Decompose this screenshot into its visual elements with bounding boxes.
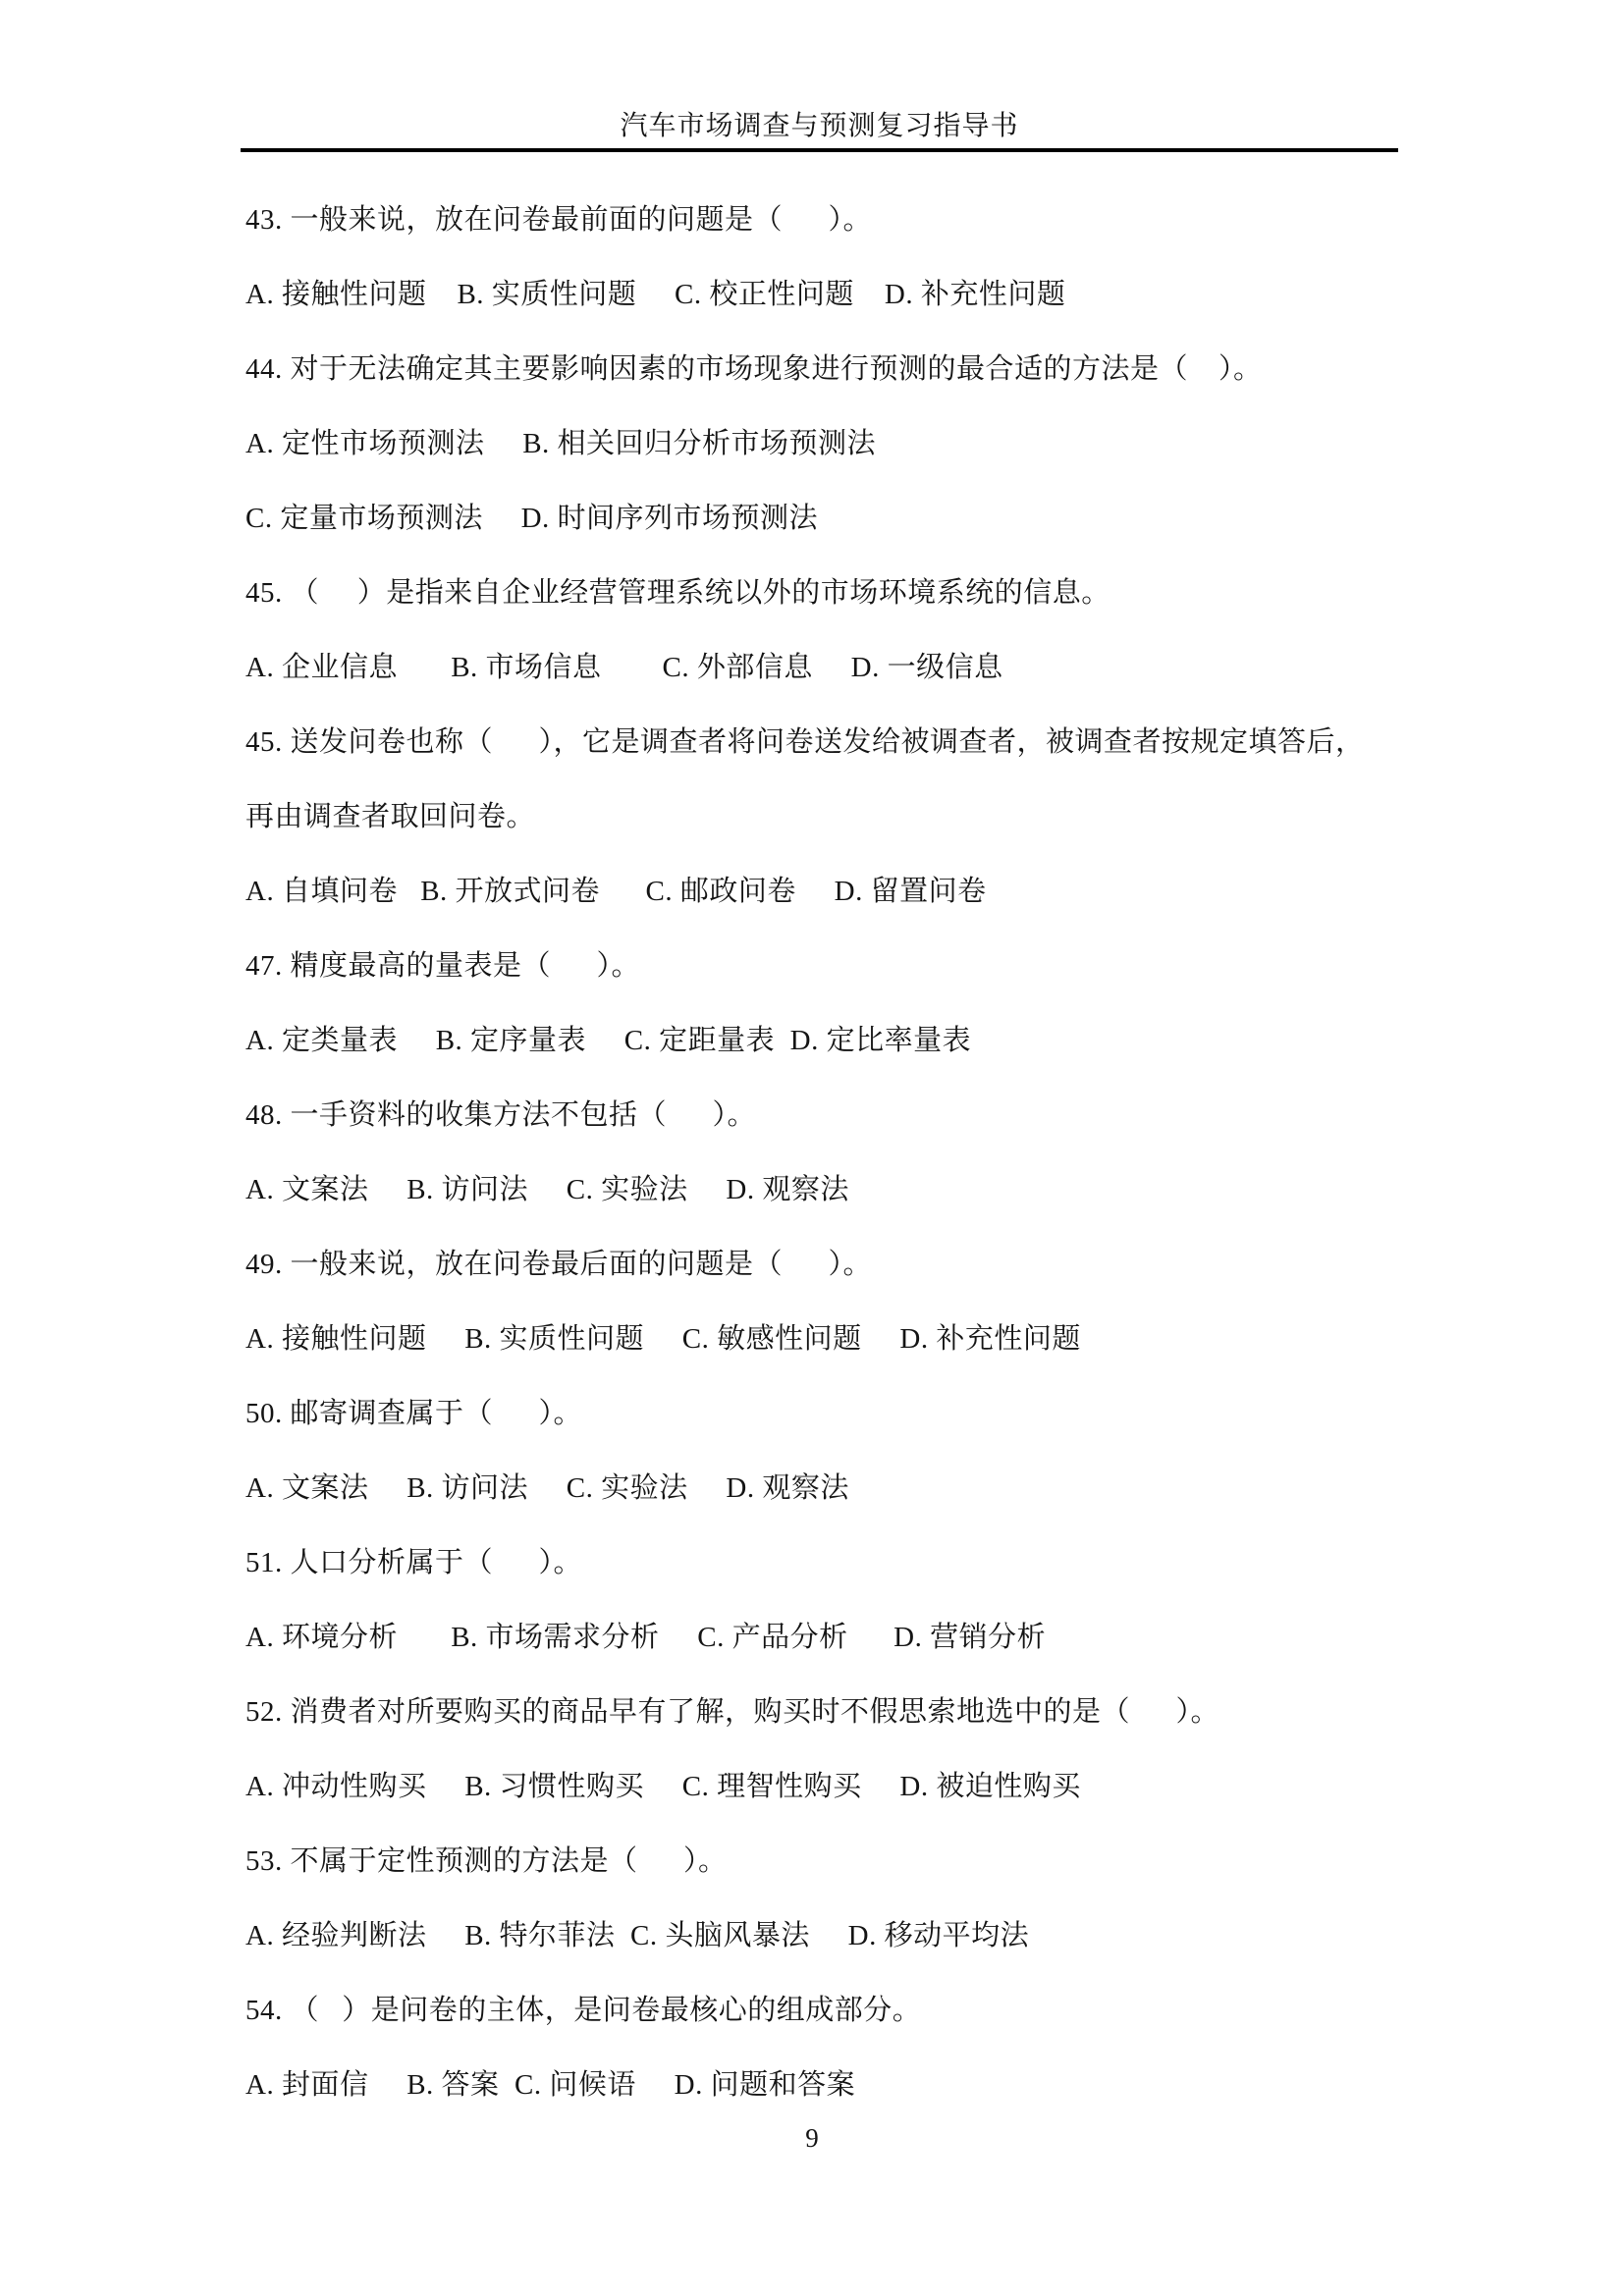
- options-47: A. 定类量表 B. 定序量表 C. 定距量表 D. 定比率量表: [245, 1003, 1414, 1078]
- options-49: A. 接触性问题 B. 实质性问题 C. 敏感性问题 D. 补充性问题: [245, 1302, 1414, 1376]
- question-54: 54. （ ）是问卷的主体，是问卷最核心的组成部分。: [245, 1973, 1414, 2048]
- question-51: 51. 人口分析属于（ ）。: [245, 1525, 1414, 1600]
- question-44: 44. 对于无法确定其主要影响因素的市场现象进行预测的最合适的方法是（ ）。: [245, 332, 1414, 406]
- options-51: A. 环境分析 B. 市场需求分析 C. 产品分析 D. 营销分析: [245, 1600, 1414, 1675]
- question-52: 52. 消费者对所要购买的商品早有了解，购买时不假思索地选中的是（ ）。: [245, 1675, 1414, 1749]
- page-header-title: 汽车市场调查与预测复习指导书: [241, 110, 1398, 143]
- question-50: 50. 邮寄调查属于（ ）。: [245, 1376, 1414, 1451]
- options-45: A. 企业信息 B. 市场信息 C. 外部信息 D. 一级信息: [245, 630, 1414, 705]
- question-45b: 45. 送发问卷也称（ ），它是调查者将问卷送发给被调查者，被调查者按规定填答后…: [245, 705, 1414, 779]
- options-53: A. 经验判断法 B. 特尔菲法 C. 头脑风暴法 D. 移动平均法: [245, 1898, 1414, 1973]
- options-44-ab: A. 定性市场预测法 B. 相关回归分析市场预测法: [245, 406, 1414, 481]
- question-48: 48. 一手资料的收集方法不包括（ ）。: [245, 1078, 1414, 1152]
- question-45b-continuation: 再由调查者取回问卷。: [245, 779, 1414, 854]
- options-44-cd: C. 定量市场预测法 D. 时间序列市场预测法: [245, 481, 1414, 556]
- question-list: 43. 一般来说，放在问卷最前面的问题是（ ）。 A. 接触性问题 B. 实质性…: [245, 183, 1414, 2122]
- options-50: A. 文案法 B. 访问法 C. 实验法 D. 观察法: [245, 1451, 1414, 1525]
- options-45b: A. 自填问卷 B. 开放式问卷 C. 邮政问卷 D. 留置问卷: [245, 854, 1414, 929]
- options-48: A. 文案法 B. 访问法 C. 实验法 D. 观察法: [245, 1152, 1414, 1227]
- options-43: A. 接触性问题 B. 实质性问题 C. 校正性问题 D. 补充性问题: [245, 257, 1414, 332]
- question-47: 47. 精度最高的量表是（ ）。: [245, 929, 1414, 1003]
- question-53: 53. 不属于定性预测的方法是（ ）。: [245, 1824, 1414, 1898]
- question-43: 43. 一般来说，放在问卷最前面的问题是（ ）。: [245, 183, 1414, 257]
- options-52: A. 冲动性购买 B. 习惯性购买 C. 理智性购买 D. 被迫性购买: [245, 1749, 1414, 1824]
- header-rule: [241, 148, 1398, 152]
- page-number: 9: [0, 2123, 1624, 2154]
- document-page: 汽车市场调查与预测复习指导书 43. 一般来说，放在问卷最前面的问题是（ ）。 …: [0, 0, 1624, 2296]
- question-49: 49. 一般来说，放在问卷最后面的问题是（ ）。: [245, 1227, 1414, 1302]
- question-45: 45. （ ）是指来自企业经营管理系统以外的市场环境系统的信息。: [245, 556, 1414, 630]
- options-54: A. 封面信 B. 答案 C. 问候语 D. 问题和答案: [245, 2048, 1414, 2122]
